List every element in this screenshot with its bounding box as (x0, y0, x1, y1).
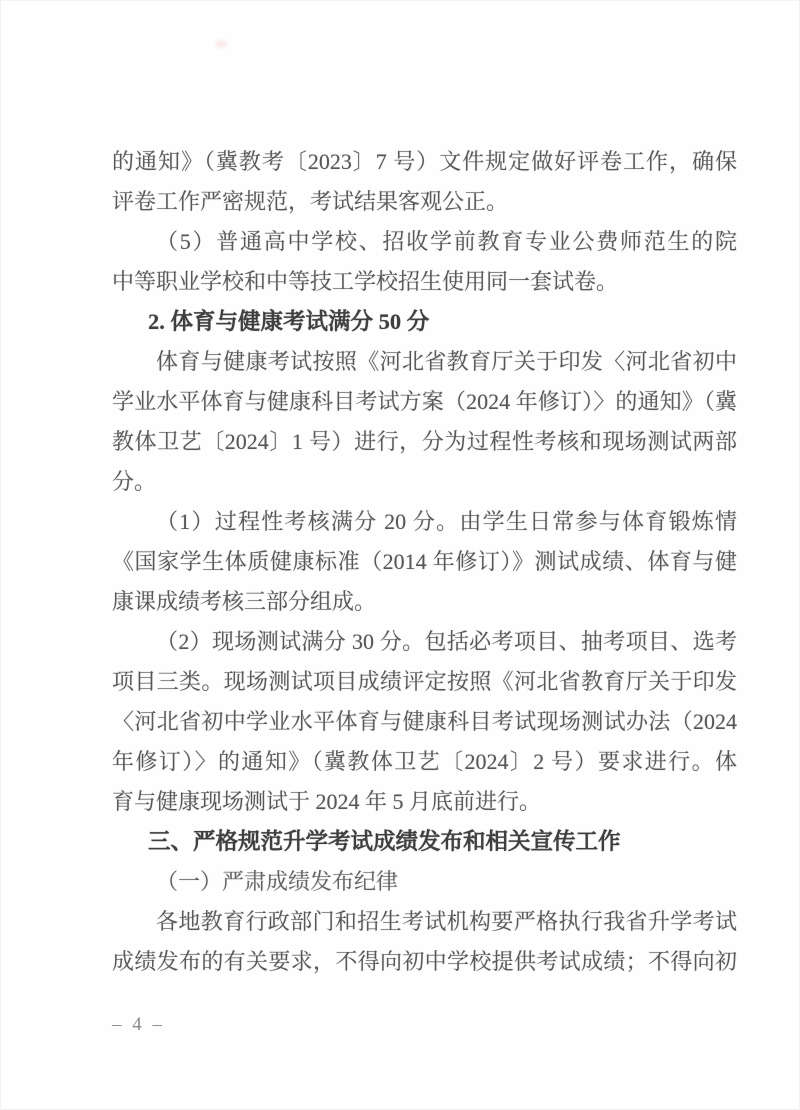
document-line: 年修订）〉的通知》（冀教体卫艺〔2024〕2 号）要求进行。体 (112, 742, 737, 782)
document-line: 中等职业学校和中等技工学校招生使用同一套试卷。 (112, 262, 737, 302)
document-line: 〈河北省初中学业水平体育与健康科目考试现场测试办法（2024 (112, 702, 737, 742)
page-number: – 4 – (112, 1010, 165, 1040)
document-line: 学业水平体育与健康科目考试方案（2024 年修订）〉的通知》（冀 (112, 382, 737, 422)
document-line: （1）过程性考核满分 20 分。由学生日常参与体育锻炼情况、 (112, 502, 737, 542)
document-line: 成绩发布的有关要求，不得向初中学校提供考试成绩；不得向初 (112, 942, 737, 982)
document-line: 《国家学生体质健康标准（2014 年修订）》测试成绩、体育与健 (112, 542, 737, 582)
document-page: 的通知》（冀教考〔2023〕7 号）文件规定做好评卷工作，确保 评卷工作严密规范… (0, 0, 800, 1110)
document-line: 评卷工作严密规范，考试结果客观公正。 (112, 182, 737, 222)
section-heading: 2. 体育与健康考试满分 50 分 (112, 302, 737, 342)
document-line: （2）现场测试满分 30 分。包括必考项目、抽考项目、选考 (112, 622, 737, 662)
document-line: 各地教育行政部门和招生考试机构要严格执行我省升学考试 (112, 902, 737, 942)
document-line: 康课成绩考核三部分组成。 (112, 582, 737, 622)
document-line: 的通知》（冀教考〔2023〕7 号）文件规定做好评卷工作，确保 (112, 142, 737, 182)
document-line: 教体卫艺〔2024〕1 号）进行，分为过程性考核和现场测试两部 (112, 422, 737, 462)
document-line: 体育与健康考试按照《河北省教育厅关于印发〈河北省初中 (112, 342, 737, 382)
document-line: 项目三类。现场测试项目成绩评定按照《河北省教育厅关于印发 (112, 662, 737, 702)
section-heading: 三、严格规范升学考试成绩发布和相关宣传工作 (112, 822, 737, 862)
document-line: 育与健康现场测试于 2024 年 5 月底前进行。 (112, 782, 737, 822)
scan-smudge (212, 38, 230, 50)
document-line: （5）普通高中学校、招收学前教育专业公费师范生的院校、 (112, 222, 737, 262)
subsection-heading: （一）严肃成绩发布纪律 (112, 862, 737, 902)
document-text: 的通知》（冀教考〔2023〕7 号）文件规定做好评卷工作，确保 评卷工作严密规范… (112, 142, 737, 982)
document-line: 分。 (112, 462, 737, 502)
